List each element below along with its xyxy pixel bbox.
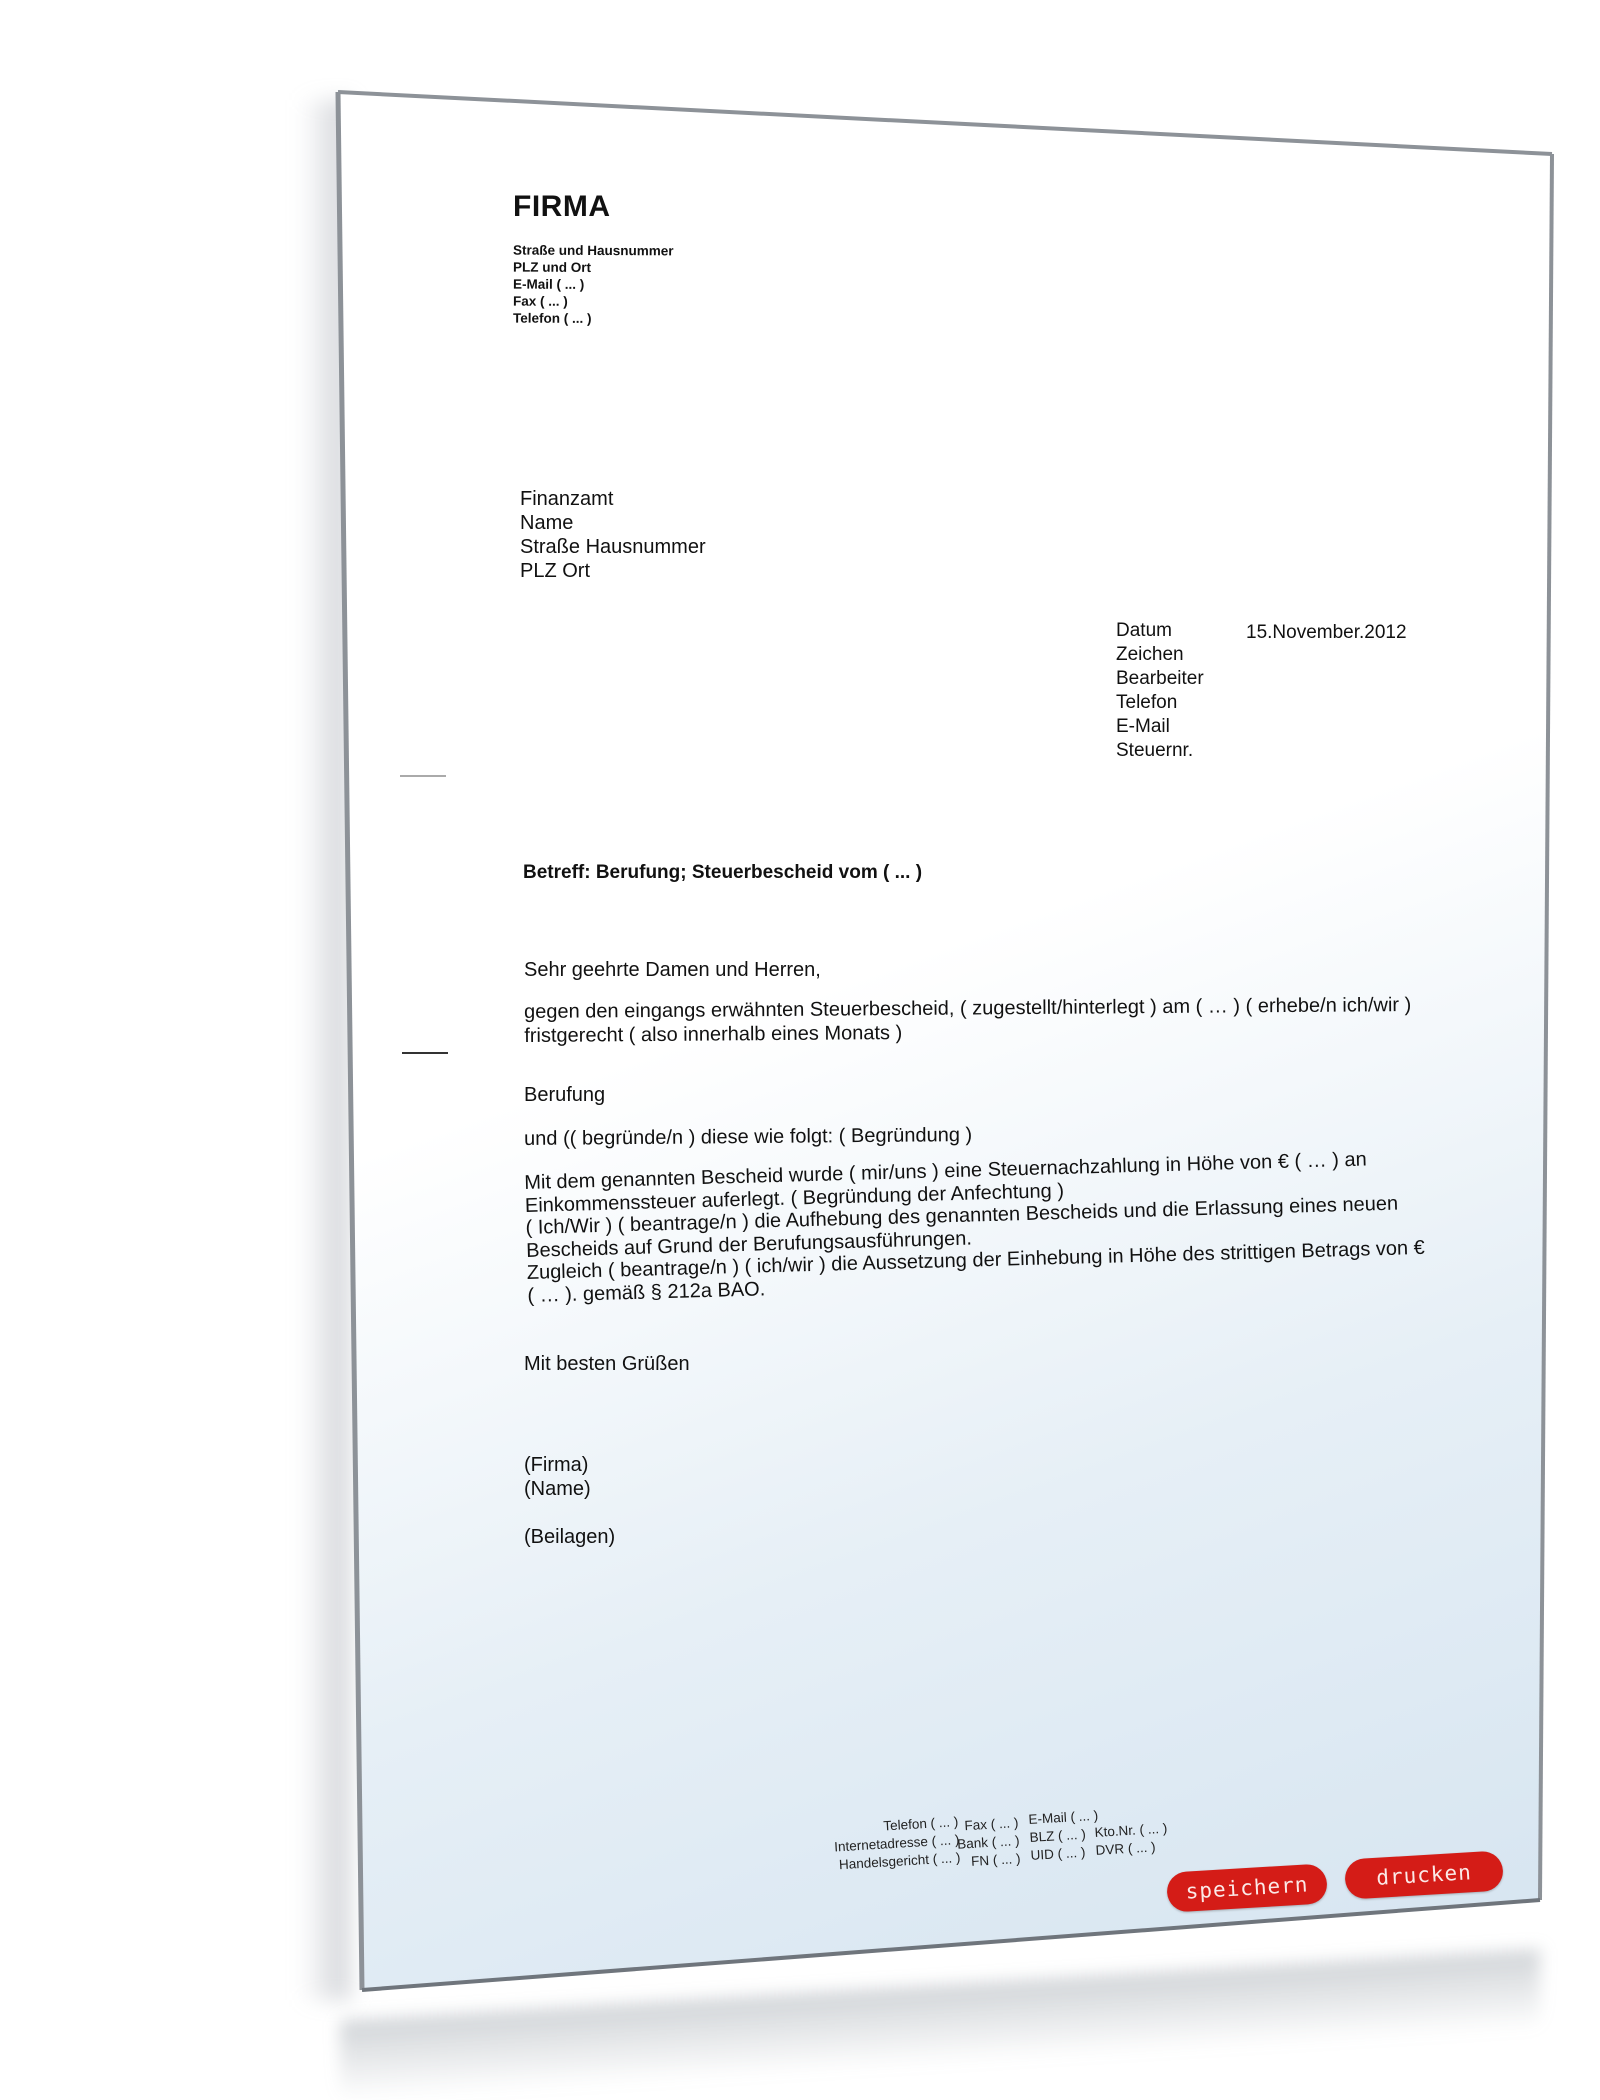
- recipient-line: Name: [520, 511, 706, 535]
- meta-label-taxno: Steuernr.: [1116, 739, 1204, 763]
- company-city: PLZ und Ort: [513, 259, 674, 277]
- meta-label-date: Datum: [1116, 619, 1204, 643]
- save-button[interactable]: speichern: [1166, 1863, 1328, 1912]
- footer-item: DVR ( ... ): [1095, 1838, 1169, 1860]
- enclosures: (Beilagen): [524, 1525, 615, 1549]
- footer-col-3: E-Mail ( ... ) BLZ ( ... ) UID ( ... ): [1028, 1807, 1101, 1865]
- meta-label-email: E-Mail: [1116, 715, 1204, 739]
- print-button[interactable]: drucken: [1344, 1850, 1504, 1899]
- salutation: Sehr geehrte Damen und Herren,: [524, 958, 821, 982]
- company-street: Straße und Hausnummer: [513, 242, 674, 260]
- fold-mark: [400, 775, 446, 777]
- footer-col-2: Fax ( ... ) Bank ( ... ) FN ( ... ): [952, 1814, 1021, 1872]
- date-value: 15.November.2012: [1246, 622, 1407, 644]
- company-phone: Telefon ( ... ): [513, 310, 674, 328]
- company-address: Straße und Hausnummer PLZ und Ort E-Mail…: [513, 242, 674, 327]
- company-name: FIRMA: [513, 190, 610, 224]
- paragraph-2: und (( begründe/n ) diese wie folgt: ( B…: [524, 1123, 972, 1151]
- signature-company: (Firma): [524, 1453, 591, 1477]
- recipient-line: PLZ Ort: [520, 559, 706, 583]
- footer-col-1: Telefon ( ... ) Internetadresse ( ... ) …: [808, 1813, 961, 1876]
- company-email: E-Mail ( ... ): [513, 276, 674, 294]
- signature: (Firma) (Name): [524, 1453, 591, 1501]
- punch-mark: [402, 1052, 448, 1054]
- letter-content: FIRMA Straße und Hausnummer PLZ und Ort …: [0, 0, 1600, 2100]
- recipient-line: Finanzamt: [520, 487, 706, 511]
- meta-label-handler: Bearbeiter: [1116, 667, 1204, 691]
- subject-line: Betreff: Berufung; Steuerbescheid vom ( …: [523, 862, 922, 884]
- footer-col-4: Kto.Nr. ( ... ) DVR ( ... ): [1093, 1802, 1169, 1860]
- keyword-berufung: Berufung: [524, 1083, 605, 1107]
- footer-item: UID ( ... ): [1030, 1843, 1101, 1865]
- paragraph-1: gegen den eingangs erwähnten Steuerbesch…: [524, 993, 1412, 1048]
- closing: Mit besten Grüßen: [524, 1352, 690, 1376]
- recipient-line: Straße Hausnummer: [520, 535, 706, 559]
- company-fax: Fax ( ... ): [513, 293, 674, 311]
- meta-label-phone: Telefon: [1116, 691, 1204, 715]
- reference-block: Datum Zeichen Bearbeiter Telefon E-Mail …: [1116, 619, 1204, 763]
- signature-name: (Name): [524, 1477, 591, 1501]
- paragraph-3: Mit dem genannten Bescheid wurde ( mir/u…: [524, 1147, 1426, 1307]
- recipient-address: Finanzamt Name Straße Hausnummer PLZ Ort: [520, 487, 706, 583]
- meta-label-reference: Zeichen: [1116, 643, 1204, 667]
